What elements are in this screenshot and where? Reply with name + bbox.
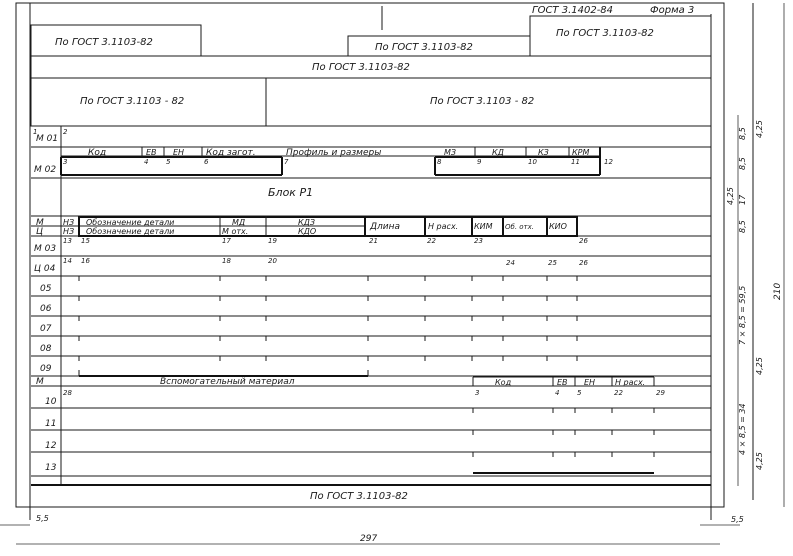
svg-text:М отх.: М отх. (222, 227, 248, 236)
height-total: 210 (773, 283, 783, 300)
svg-text:5,5: 5,5 (731, 515, 744, 524)
svg-text:КД: КД (492, 148, 504, 157)
svg-text:12: 12 (604, 158, 613, 166)
svg-text:КЗ: КЗ (538, 148, 549, 157)
standard-title: ГОСТ 3.1402-84 (532, 5, 613, 16)
svg-text:Код: Код (495, 378, 512, 387)
svg-text:5,5: 5,5 (36, 514, 49, 523)
svg-text:7: 7 (284, 158, 289, 166)
svg-text:5: 5 (166, 158, 171, 166)
header-box-1-label: По ГОСТ 3.1103-82 (55, 37, 153, 48)
footer-ref: По ГОСТ 3.1103-82 (310, 491, 408, 502)
svg-text:ЕВ: ЕВ (557, 378, 568, 387)
svg-text:20: 20 (268, 257, 277, 265)
svg-text:КДО: КДО (298, 227, 316, 236)
svg-text:КИО: КИО (549, 222, 567, 231)
svg-text:Ц: Ц (36, 227, 43, 237)
svg-text:Обозначение детали: Обозначение детали (86, 218, 174, 227)
svg-text:19: 19 (268, 237, 277, 245)
svg-text:13: 13 (63, 237, 72, 245)
svg-text:4 × 8,5 = 34: 4 × 8,5 = 34 (738, 403, 747, 455)
row-label: 08 (40, 344, 52, 354)
header-box-5-label: По ГОСТ 3.1103 - 82 (80, 96, 184, 107)
row-label: 07 (40, 324, 52, 334)
row-label: 06 (40, 304, 52, 314)
svg-text:КРМ: КРМ (572, 148, 590, 157)
svg-text:Обозначение детали: Обозначение детали (86, 227, 174, 236)
svg-text:4,25: 4,25 (755, 357, 764, 375)
svg-text:Об. отх.: Об. отх. (505, 223, 534, 231)
header-box-4-label: По ГОСТ 3.1103-82 (312, 62, 410, 73)
svg-text:18: 18 (222, 257, 231, 265)
svg-text:25: 25 (548, 259, 557, 267)
row-label-c04: Ц 04 (34, 264, 56, 274)
svg-text:4,25: 4,25 (755, 120, 764, 138)
svg-text:МЗ: МЗ (444, 148, 456, 157)
row-label-m01: М 01 (36, 134, 58, 144)
svg-text:11: 11 (571, 158, 580, 166)
svg-text:2: 2 (63, 128, 68, 136)
svg-text:НЗ: НЗ (63, 227, 74, 236)
header-box-3-label: По ГОСТ 3.1103-82 (556, 28, 654, 39)
svg-text:МД: МД (232, 218, 245, 227)
svg-text:14: 14 (63, 257, 72, 265)
svg-text:М: М (36, 377, 44, 387)
svg-text:8,5: 8,5 (738, 127, 747, 140)
row-label: 05 (40, 284, 52, 294)
svg-text:23: 23 (474, 237, 483, 245)
svg-text:КДЗ: КДЗ (298, 218, 315, 227)
technological-form-drawing: ГОСТ 3.1402-84 Форма 3 По ГОСТ 3.1103-82… (0, 0, 793, 556)
svg-text:17: 17 (222, 237, 231, 245)
header-box-6-label: По ГОСТ 3.1103 - 82 (430, 96, 534, 107)
svg-text:15: 15 (81, 237, 90, 245)
svg-text:4,25: 4,25 (726, 187, 735, 205)
svg-text:Код загот.: Код загот. (206, 148, 256, 158)
svg-text:8: 8 (437, 158, 442, 166)
svg-text:Н расх.: Н расх. (615, 378, 645, 387)
svg-text:ЕН: ЕН (584, 378, 595, 387)
svg-text:ЕВ: ЕВ (146, 148, 157, 157)
svg-text:Профиль и размеры: Профиль и размеры (286, 148, 381, 158)
svg-text:6: 6 (204, 158, 209, 166)
aux-material-title: Вспомогательный материал (160, 377, 295, 387)
row-label-m02: М 02 (34, 165, 56, 175)
row-label: 12 (45, 441, 57, 451)
svg-text:НЗ: НЗ (63, 218, 74, 227)
svg-text:4,25: 4,25 (755, 452, 764, 470)
sheet-outer-frame (16, 3, 724, 507)
svg-text:26: 26 (579, 237, 588, 245)
svg-text:КИМ: КИМ (474, 222, 493, 231)
svg-text:8,5: 8,5 (738, 157, 747, 170)
row-label: 11 (45, 419, 56, 429)
svg-text:Код: Код (88, 148, 106, 158)
svg-text:ЕН: ЕН (173, 148, 184, 157)
svg-text:4: 4 (144, 158, 148, 166)
svg-text:21: 21 (369, 237, 378, 245)
svg-text:22: 22 (614, 389, 623, 397)
svg-text:17: 17 (738, 194, 747, 205)
row-label: 10 (45, 397, 57, 407)
row-label-m03: М 03 (34, 244, 56, 254)
block-title: Блок Р1 (268, 186, 313, 199)
svg-text:4: 4 (555, 389, 559, 397)
svg-text:22: 22 (427, 237, 436, 245)
row-label: 13 (45, 463, 57, 473)
svg-text:7 × 8,5 = 59,5: 7 × 8,5 = 59,5 (738, 286, 747, 345)
svg-text:24: 24 (506, 259, 515, 267)
svg-text:5: 5 (577, 389, 582, 397)
svg-text:3: 3 (475, 389, 479, 397)
header-box-2-label: По ГОСТ 3.1103-82 (375, 42, 473, 53)
svg-text:Длина: Длина (369, 222, 400, 232)
svg-text:29: 29 (656, 389, 665, 397)
svg-text:28: 28 (63, 389, 72, 397)
svg-text:26: 26 (579, 259, 588, 267)
form-number: Форма 3 (650, 5, 694, 16)
svg-text:9: 9 (477, 158, 482, 166)
row-label: 09 (40, 364, 52, 374)
svg-text:10: 10 (528, 158, 537, 166)
svg-text:3: 3 (63, 158, 67, 166)
width-total: 297 (360, 534, 377, 544)
svg-text:16: 16 (81, 257, 90, 265)
svg-text:8,5: 8,5 (738, 220, 747, 233)
svg-text:Н расх.: Н расх. (428, 222, 458, 231)
